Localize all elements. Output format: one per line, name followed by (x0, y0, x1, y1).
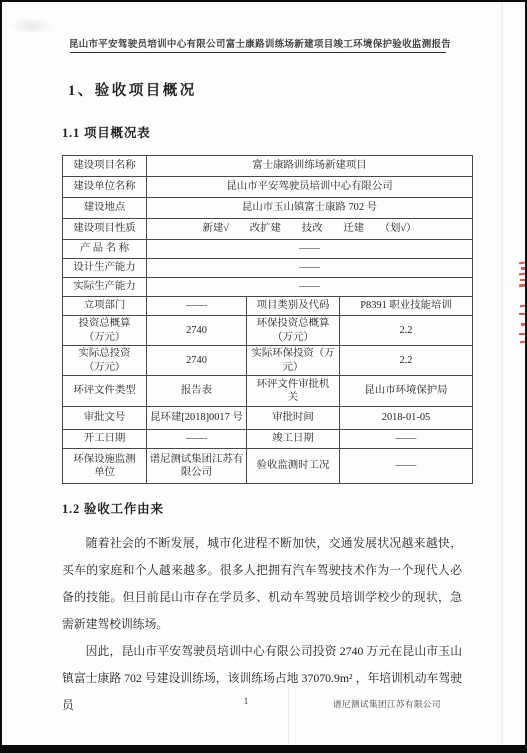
row-label: 设计生产能力 (63, 259, 147, 278)
row-label: 建设单位名称 (63, 177, 147, 198)
row-value: 昆山市玉山镇富士康路 702 号 (147, 198, 473, 219)
table-row: 实际总投资 （万元） 2740 实际环保投资（万 元） 2.2 (63, 346, 473, 376)
row-label: 实际总投资 （万元） (63, 346, 147, 376)
body-text: 随着社会的不断发展，城市化进程不断加快，交通发展状况越来越快，买车的家庭和个人越… (62, 530, 462, 719)
row-value: 报告表 (147, 376, 247, 407)
row-value: —— (147, 297, 247, 316)
table-row: 环评文件类型 报告表 环评文件审批机 关 昆山市环境保护局 (63, 376, 473, 407)
row-label: 建设地点 (63, 198, 147, 219)
red-stamp-marks-upper (518, 262, 525, 287)
scan-edge-left (0, 0, 2, 753)
footer-page-number: 1 (240, 696, 252, 706)
project-overview-table: 建设项目名称 富士康路训练场新建项目 建设单位名称 昆山市平安驾驶员培训中心有限… (62, 155, 473, 484)
row-label: 审批文号 (63, 407, 147, 430)
row-value-2: —— (340, 430, 473, 449)
row-label: 建设项目名称 (63, 156, 147, 177)
row-value: —— (147, 278, 473, 297)
row-label: 建设项目性质 (63, 219, 147, 240)
row-value: 昆山市平安驾驶员培训中心有限公司 (147, 177, 473, 198)
paragraph-1: 随着社会的不断发展，城市化进程不断加快，交通发展状况越来越快，买车的家庭和个人越… (62, 530, 462, 638)
table-row: 建设项目名称 富士康路训练场新建项目 (63, 156, 473, 177)
subsection-heading-origin: 1.2 验收工作由来 (62, 499, 164, 517)
row-label-2: 竣工日期 (247, 430, 340, 449)
row-label: 立项部门 (63, 297, 147, 316)
row-label: 开工日期 (63, 430, 147, 449)
row-value: 2740 (147, 346, 247, 376)
row-label-2: 项目类别及代码 (247, 297, 340, 316)
row-value: —— (147, 430, 247, 449)
row-label: 投资总概算 （万元） (63, 316, 147, 346)
row-value: 富士康路训练场新建项目 (147, 156, 473, 177)
row-value: 2740 (147, 316, 247, 346)
row-label-2: 环评文件审批机 关 (247, 376, 340, 407)
table-row: 建设项目性质 新建√ 改扩建 技改 迁建 （划√） (63, 219, 473, 240)
table-row: 环保设施监测 单位 谱尼测试集团江苏有 限公司 验收监测时工况 —— (63, 449, 473, 484)
row-label-2: 环保投资总概算 （万元） (247, 316, 340, 346)
row-value-2: —— (340, 449, 473, 484)
table-row: 建设单位名称 昆山市平安驾驶员培训中心有限公司 (63, 177, 473, 198)
red-stamp-marks-lower (518, 305, 525, 343)
row-label: 产 品 名 称 (63, 240, 147, 259)
row-value-2: 2018-01-05 (340, 407, 473, 430)
row-value: 谱尼测试集团江苏有 限公司 (147, 449, 247, 484)
scan-bottom-bar (0, 745, 527, 753)
running-header: 昆山市平安驾驶员培训中心有限公司富士康路训练场新建项目竣工环境保护验收监测报告 (40, 36, 480, 50)
table-row: 产 品 名 称 —— (63, 240, 473, 259)
row-value-2: 2.2 (340, 316, 473, 346)
row-value-2: 昆山市环境保护局 (340, 376, 473, 407)
section-heading: 1、验收项目概况 (68, 79, 197, 100)
scan-edge-top (0, 0, 527, 2)
row-label-2: 审批时间 (247, 407, 340, 430)
table-row: 设计生产能力 —— (63, 259, 473, 278)
row-label-2: 实际环保投资（万 元） (247, 346, 340, 376)
table-row: 实际生产能力 —— (63, 278, 473, 297)
row-value-2: 2.2 (340, 346, 473, 376)
row-label: 环评文件类型 (63, 376, 147, 407)
row-label: 环保设施监测 单位 (63, 449, 147, 484)
row-value: —— (147, 240, 473, 259)
row-value-2: P8391 职业技能培训 (340, 297, 473, 316)
footer-company: 谱尼测试集团江苏有限公司 (333, 698, 441, 710)
row-value: 新建√ 改扩建 技改 迁建 （划√） (147, 219, 473, 240)
row-label: 实际生产能力 (63, 278, 147, 297)
scan-fold-line (501, 2, 503, 745)
table-row: 开工日期 —— 竣工日期 —— (63, 430, 473, 449)
subsection-heading-overview-table: 1.1 项目概况表 (62, 123, 150, 141)
scan-smudge (8, 18, 54, 34)
row-value: 昆环建[2018]0017 号 (147, 407, 247, 430)
table-row: 审批文号 昆环建[2018]0017 号 审批时间 2018-01-05 (63, 407, 473, 430)
running-header-rule (70, 52, 446, 53)
table-row: 投资总概算 （万元） 2740 环保投资总概算 （万元） 2.2 (63, 316, 473, 346)
row-value: —— (147, 259, 473, 278)
table-row: 建设地点 昆山市玉山镇富士康路 702 号 (63, 198, 473, 219)
table-row: 立项部门 —— 项目类别及代码 P8391 职业技能培训 (63, 297, 473, 316)
row-label-2: 验收监测时工况 (247, 449, 340, 484)
